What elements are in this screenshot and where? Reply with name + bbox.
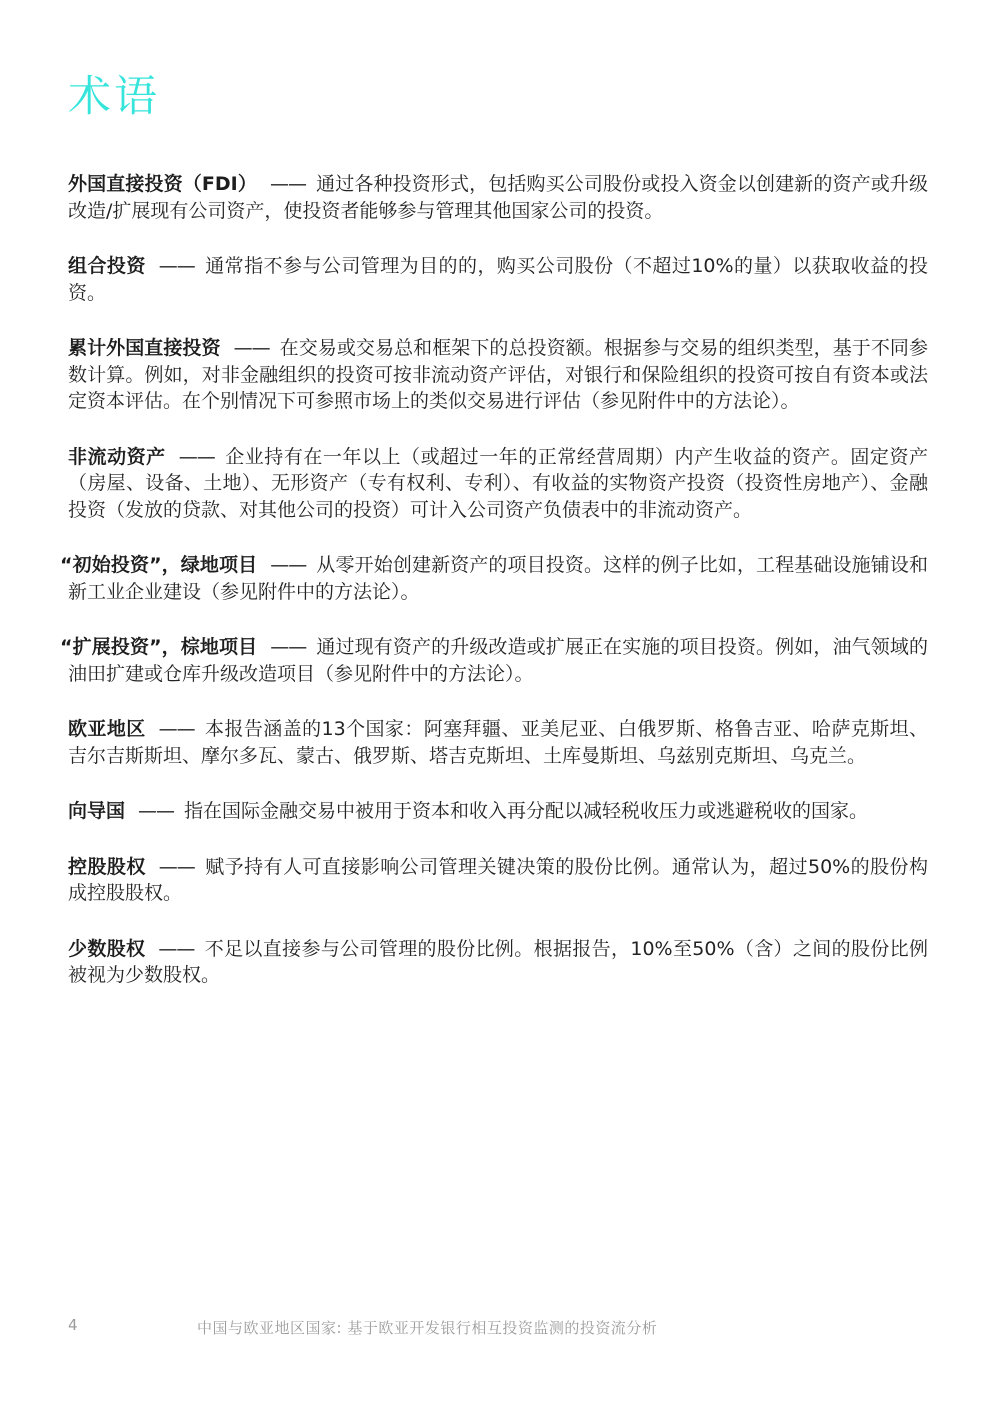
glossary-definition: 赋予持有人可直接影响公司管理关键决策的股份比例。通常认为，超过50%的股份构成控…: [68, 856, 928, 905]
glossary-term: 非流动资产: [68, 446, 166, 468]
glossary-term: “初始投资”，绿地项目: [60, 554, 257, 576]
em-dash-separator: ——: [158, 938, 194, 960]
glossary-definition: 不足以直接参与公司管理的股份比例。根据报告，10%至50%（含）之间的股份比例被…: [68, 938, 928, 987]
glossary-entry: 外国直接投资（FDI）——通过各种投资形式，包括购买公司股份或投入资金以创建新的…: [68, 171, 928, 224]
em-dash-separator: ——: [234, 337, 270, 359]
em-dash-separator: ——: [159, 856, 195, 878]
glossary-entry: 控股股权——赋予持有人可直接影响公司管理关键决策的股份比例。通常认为，超过50%…: [68, 854, 928, 907]
document-page: 术语 外国直接投资（FDI）——通过各种投资形式，包括购买公司股份或投入资金以创…: [0, 0, 992, 1403]
glossary-term: 外国直接投资（FDI）: [68, 173, 257, 195]
em-dash-separator: ——: [270, 636, 306, 658]
em-dash-separator: ——: [159, 255, 195, 277]
glossary-entry: 组合投资——通常指不参与公司管理为目的的，购买公司股份（不超过10%的量）以获取…: [68, 253, 928, 306]
glossary-term: “扩展投资”，棕地项目: [60, 636, 257, 658]
page-number: 4: [68, 1316, 78, 1334]
glossary-definition: 本报告涵盖的13个国家：阿塞拜疆、亚美尼亚、白俄罗斯、格鲁吉亚、哈萨克斯坦、吉尔…: [68, 718, 928, 767]
glossary-definition: 指在国际金融交易中被用于资本和收入再分配以减轻税收压力或逃避税收的国家。: [184, 800, 868, 822]
glossary-entry: “扩展投资”，棕地项目——通过现有资产的升级改造或扩展正在实施的项目投资。例如，…: [68, 634, 928, 687]
glossary-definition: 通常指不参与公司管理为目的的，购买公司股份（不超过10%的量）以获取收益的投资。: [68, 255, 928, 304]
glossary-entry: 非流动资产——企业持有在一年以上（或超过一年的正常经营周期）内产生收益的资产。固…: [68, 444, 928, 524]
glossary-entry: 少数股权——不足以直接参与公司管理的股份比例。根据报告，10%至50%（含）之间…: [68, 936, 928, 989]
glossary-entry: “初始投资”，绿地项目——从零开始创建新资产的项目投资。这样的例子比如，工程基础…: [68, 552, 928, 605]
glossary-term: 少数股权: [68, 938, 145, 960]
glossary-entry: 累计外国直接投资——在交易或交易总和框架下的总投资额。根据参与交易的组织类型，基…: [68, 335, 928, 415]
glossary-entry: 欧亚地区——本报告涵盖的13个国家：阿塞拜疆、亚美尼亚、白俄罗斯、格鲁吉亚、哈萨…: [68, 716, 928, 769]
glossary-term: 向导国: [68, 800, 125, 822]
em-dash-separator: ——: [138, 800, 174, 822]
glossary-term: 欧亚地区: [68, 718, 146, 740]
glossary-content: 术语 外国直接投资（FDI）——通过各种投资形式，包括购买公司股份或投入资金以创…: [0, 0, 992, 989]
glossary-entry: 向导国——指在国际金融交易中被用于资本和收入再分配以减轻税收压力或逃避税收的国家…: [68, 798, 928, 825]
em-dash-separator: ——: [159, 718, 195, 740]
glossary-term: 控股股权: [68, 856, 146, 878]
em-dash-separator: ——: [270, 173, 306, 195]
em-dash-separator: ——: [270, 554, 306, 576]
glossary-term: 累计外国直接投资: [68, 337, 221, 359]
glossary-term: 组合投资: [68, 255, 146, 277]
em-dash-separator: ——: [179, 446, 215, 468]
page-title: 术语: [68, 74, 928, 121]
footer-report-title: 中国与欧亚地区国家: 基于欧亚开发银行相互投资监测的投资流分析: [197, 1317, 657, 1338]
